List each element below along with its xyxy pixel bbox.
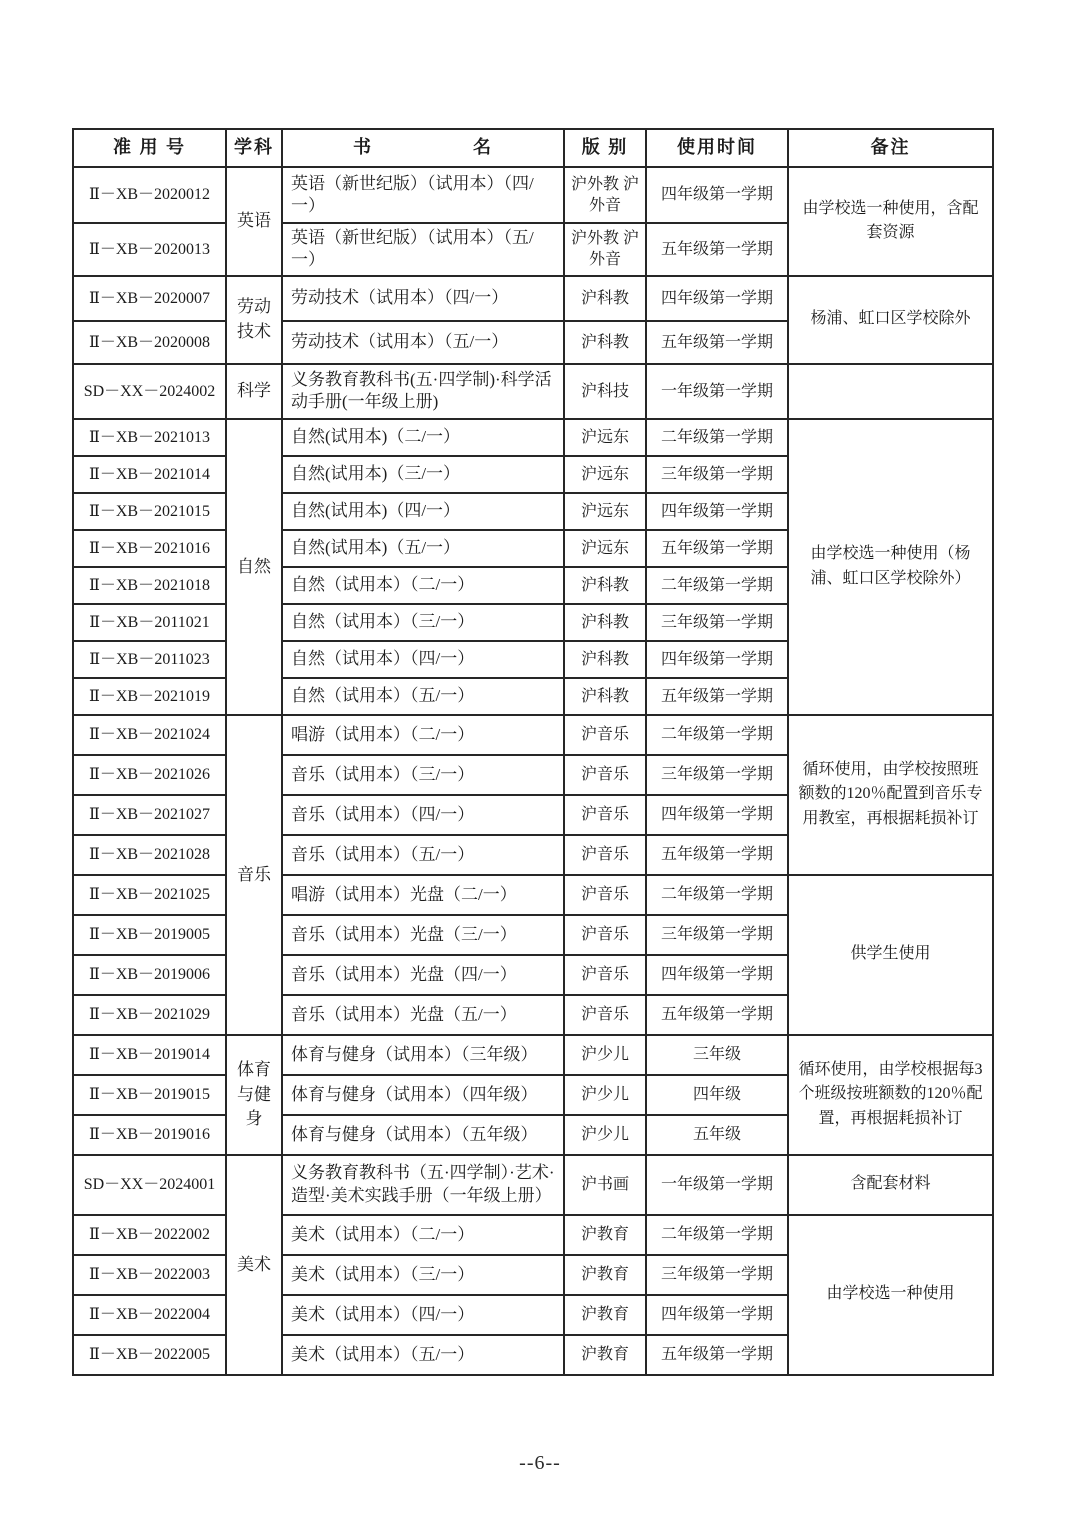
period-cell: 二年级第一学期	[646, 715, 788, 755]
period-cell: 四年级	[646, 1075, 788, 1115]
edition-cell: 沪音乐	[564, 995, 646, 1035]
approval-cell: Ⅱ－XB－2021013	[73, 419, 226, 456]
period-cell: 四年级第一学期	[646, 493, 788, 530]
header-period: 使用时间	[646, 129, 788, 167]
edition-cell: 沪音乐	[564, 795, 646, 835]
remark-cell-labor: 杨浦、虹口区学校除外	[788, 276, 993, 364]
edition-cell: 沪远东	[564, 493, 646, 530]
period-cell: 四年级第一学期	[646, 167, 788, 223]
edition-cell: 沪外教 沪外音	[564, 167, 646, 223]
book-cell: 体育与健身（试用本）（四年级）	[282, 1075, 564, 1115]
period-cell: 一年级第一学期	[646, 364, 788, 419]
textbook-table: 准 用 号 学科 书 名 版 别 使用时间 备注 Ⅱ－XB－2020012 英语…	[72, 128, 994, 1376]
book-cell: 音乐（试用本）（五/一）	[282, 835, 564, 875]
table-row: Ⅱ－XB－2021013 自然 自然(试用本)（二/一） 沪远东 二年级第一学期…	[73, 419, 993, 456]
book-cell: 义务教育教科书（五·四学制）·艺术·造型·美术实践手册（一年级上册）	[282, 1155, 564, 1215]
approval-cell: Ⅱ－XB－2021019	[73, 678, 226, 715]
table-row: SD－XX－2024001 美术 义务教育教科书（五·四学制）·艺术·造型·美术…	[73, 1155, 993, 1215]
table-row: Ⅱ－XB－2022002 美术（试用本）（二/一） 沪教育 二年级第一学期 由学…	[73, 1215, 993, 1255]
table-row: SD－XX－2024002 科学 义务教育教科书(五·四学制)·科学活动手册(一…	[73, 364, 993, 419]
approval-cell: Ⅱ－XB－2020008	[73, 321, 226, 364]
approval-cell: Ⅱ－XB－2020007	[73, 276, 226, 321]
period-cell: 三年级第一学期	[646, 1255, 788, 1295]
edition-cell: 沪音乐	[564, 955, 646, 995]
approval-cell: Ⅱ－XB－2019016	[73, 1115, 226, 1155]
period-cell: 一年级第一学期	[646, 1155, 788, 1215]
approval-cell: Ⅱ－XB－2020013	[73, 223, 226, 276]
header-edition: 版 别	[564, 129, 646, 167]
period-cell: 五年级第一学期	[646, 1335, 788, 1375]
header-row: 准 用 号 学科 书 名 版 别 使用时间 备注	[73, 129, 993, 167]
book-cell: 美术（试用本）（四/一）	[282, 1295, 564, 1335]
remark-cell-english: 由学校选一种使用，含配套资源	[788, 167, 993, 276]
book-cell: 美术（试用本）（二/一）	[282, 1215, 564, 1255]
edition-cell: 沪音乐	[564, 715, 646, 755]
approval-cell: Ⅱ－XB－2021029	[73, 995, 226, 1035]
edition-cell: 沪科教	[564, 604, 646, 641]
table-row: Ⅱ－XB－2019014 体育与健身 体育与健身（试用本）（三年级） 沪少儿 三…	[73, 1035, 993, 1075]
book-cell: 体育与健身（试用本）（三年级）	[282, 1035, 564, 1075]
remark-cell-science	[788, 364, 993, 419]
subject-cell-music: 音乐	[226, 715, 282, 1035]
edition-cell: 沪音乐	[564, 875, 646, 915]
subject-cell-nature: 自然	[226, 419, 282, 715]
remark-cell-art-books: 由学校选一种使用	[788, 1215, 993, 1375]
table-row: Ⅱ－XB－2020012 英语 英语（新世纪版）（试用本）（四/一） 沪外教 沪…	[73, 167, 993, 223]
edition-cell: 沪科教	[564, 641, 646, 678]
approval-cell: Ⅱ－XB－2022003	[73, 1255, 226, 1295]
remark-cell-music-books: 循环使用，由学校按照班额数的120％配置到音乐专用教室，再根据耗损补订	[788, 715, 993, 875]
approval-cell: Ⅱ－XB－2022002	[73, 1215, 226, 1255]
book-cell: 自然(试用本)（四/一）	[282, 493, 564, 530]
edition-cell: 沪少儿	[564, 1075, 646, 1115]
period-cell: 三年级第一学期	[646, 755, 788, 795]
period-cell: 三年级第一学期	[646, 604, 788, 641]
period-cell: 四年级第一学期	[646, 795, 788, 835]
edition-cell: 沪科技	[564, 364, 646, 419]
book-cell: 美术（试用本）（三/一）	[282, 1255, 564, 1295]
book-cell: 自然(试用本)（二/一）	[282, 419, 564, 456]
book-cell: 自然(试用本)（三/一）	[282, 456, 564, 493]
book-cell: 义务教育教科书(五·四学制)·科学活动手册(一年级上册)	[282, 364, 564, 419]
period-cell: 二年级第一学期	[646, 1215, 788, 1255]
book-cell: 音乐（试用本）（四/一）	[282, 795, 564, 835]
approval-cell: Ⅱ－XB－2021014	[73, 456, 226, 493]
period-cell: 五年级第一学期	[646, 530, 788, 567]
approval-cell: Ⅱ－XB－2019015	[73, 1075, 226, 1115]
edition-cell: 沪音乐	[564, 755, 646, 795]
subject-cell-labor: 劳动技术	[226, 276, 282, 364]
edition-cell: 沪科教	[564, 276, 646, 321]
approval-cell: Ⅱ－XB－2022005	[73, 1335, 226, 1375]
book-cell: 劳动技术（试用本）（五/一）	[282, 321, 564, 364]
edition-cell: 沪少儿	[564, 1115, 646, 1155]
book-cell: 唱游（试用本）光盘（二/一）	[282, 875, 564, 915]
table-row: Ⅱ－XB－2021024 音乐 唱游（试用本）（二/一） 沪音乐 二年级第一学期…	[73, 715, 993, 755]
period-cell: 五年级第一学期	[646, 321, 788, 364]
period-cell: 四年级第一学期	[646, 955, 788, 995]
edition-cell: 沪教育	[564, 1255, 646, 1295]
period-cell: 三年级第一学期	[646, 456, 788, 493]
remark-cell-art-manual: 含配套材料	[788, 1155, 993, 1215]
approval-cell: Ⅱ－XB－2019005	[73, 915, 226, 955]
approval-cell: Ⅱ－XB－2021018	[73, 567, 226, 604]
edition-cell: 沪外教 沪外音	[564, 223, 646, 276]
edition-cell: 沪远东	[564, 530, 646, 567]
period-cell: 五年级	[646, 1115, 788, 1155]
approval-cell: Ⅱ－XB－2019006	[73, 955, 226, 995]
approval-cell: Ⅱ－XB－2021016	[73, 530, 226, 567]
edition-cell: 沪教育	[564, 1295, 646, 1335]
subject-cell-science: 科学	[226, 364, 282, 419]
period-cell: 五年级第一学期	[646, 835, 788, 875]
header-remark: 备注	[788, 129, 993, 167]
book-cell: 自然（试用本）（三/一）	[282, 604, 564, 641]
approval-cell: Ⅱ－XB－2021026	[73, 755, 226, 795]
period-cell: 二年级第一学期	[646, 875, 788, 915]
book-cell: 自然（试用本）（四/一）	[282, 641, 564, 678]
approval-cell: SD－XX－2024001	[73, 1155, 226, 1215]
header-subject: 学科	[226, 129, 282, 167]
edition-cell: 沪教育	[564, 1215, 646, 1255]
approval-cell: Ⅱ－XB－2021015	[73, 493, 226, 530]
period-cell: 五年级第一学期	[646, 223, 788, 276]
header-approval: 准 用 号	[73, 129, 226, 167]
approval-cell: Ⅱ－XB－2011023	[73, 641, 226, 678]
table-row: Ⅱ－XB－2021025 唱游（试用本）光盘（二/一） 沪音乐 二年级第一学期 …	[73, 875, 993, 915]
remark-cell-music-cds: 供学生使用	[788, 875, 993, 1035]
book-cell: 美术（试用本）（五/一）	[282, 1335, 564, 1375]
approval-cell: SD－XX－2024002	[73, 364, 226, 419]
remark-cell-nature: 由学校选一种使用（杨浦、虹口区学校除外）	[788, 419, 993, 715]
edition-cell: 沪书画	[564, 1155, 646, 1215]
edition-cell: 沪科教	[564, 678, 646, 715]
header-book: 书 名	[282, 129, 564, 167]
book-cell: 体育与健身（试用本）（五年级）	[282, 1115, 564, 1155]
book-cell: 自然(试用本)（五/一）	[282, 530, 564, 567]
edition-cell: 沪少儿	[564, 1035, 646, 1075]
book-cell: 音乐（试用本）光盘（三/一）	[282, 915, 564, 955]
book-cell: 音乐（试用本）光盘（四/一）	[282, 955, 564, 995]
edition-cell: 沪远东	[564, 456, 646, 493]
period-cell: 四年级第一学期	[646, 276, 788, 321]
period-cell: 三年级第一学期	[646, 915, 788, 955]
book-cell: 英语（新世纪版）（试用本）（五/一）	[282, 223, 564, 276]
edition-cell: 沪音乐	[564, 915, 646, 955]
period-cell: 三年级	[646, 1035, 788, 1075]
book-cell: 劳动技术（试用本）（四/一）	[282, 276, 564, 321]
edition-cell: 沪音乐	[564, 835, 646, 875]
approval-cell: Ⅱ－XB－2021027	[73, 795, 226, 835]
approval-cell: Ⅱ－XB－2021028	[73, 835, 226, 875]
edition-cell: 沪科教	[564, 321, 646, 364]
page-number: --6--	[0, 1452, 1080, 1475]
period-cell: 二年级第一学期	[646, 419, 788, 456]
edition-cell: 沪教育	[564, 1335, 646, 1375]
subject-cell-art: 美术	[226, 1155, 282, 1375]
table-row: Ⅱ－XB－2020007 劳动技术 劳动技术（试用本）（四/一） 沪科教 四年级…	[73, 276, 993, 321]
approval-cell: Ⅱ－XB－2022004	[73, 1295, 226, 1335]
subject-cell-english: 英语	[226, 167, 282, 276]
approval-cell: Ⅱ－XB－2011021	[73, 604, 226, 641]
approval-cell: Ⅱ－XB－2020012	[73, 167, 226, 223]
book-cell: 音乐（试用本）光盘（五/一）	[282, 995, 564, 1035]
book-cell: 自然（试用本）（二/一）	[282, 567, 564, 604]
edition-cell: 沪科教	[564, 567, 646, 604]
approval-cell: Ⅱ－XB－2019014	[73, 1035, 226, 1075]
approval-cell: Ⅱ－XB－2021025	[73, 875, 226, 915]
book-cell: 自然（试用本）（五/一）	[282, 678, 564, 715]
period-cell: 五年级第一学期	[646, 678, 788, 715]
period-cell: 二年级第一学期	[646, 567, 788, 604]
period-cell: 五年级第一学期	[646, 995, 788, 1035]
book-cell: 音乐（试用本）（三/一）	[282, 755, 564, 795]
approval-cell: Ⅱ－XB－2021024	[73, 715, 226, 755]
book-cell: 唱游（试用本）（二/一）	[282, 715, 564, 755]
remark-cell-pe: 循环使用，由学校根据每3个班级按班额数的120％配置，再根据耗损补订	[788, 1035, 993, 1155]
period-cell: 四年级第一学期	[646, 641, 788, 678]
subject-cell-pe: 体育与健身	[226, 1035, 282, 1155]
document-page: 准 用 号 学科 书 名 版 别 使用时间 备注 Ⅱ－XB－2020012 英语…	[0, 0, 1080, 1527]
edition-cell: 沪远东	[564, 419, 646, 456]
period-cell: 四年级第一学期	[646, 1295, 788, 1335]
book-cell: 英语（新世纪版）（试用本）（四/一）	[282, 167, 564, 223]
